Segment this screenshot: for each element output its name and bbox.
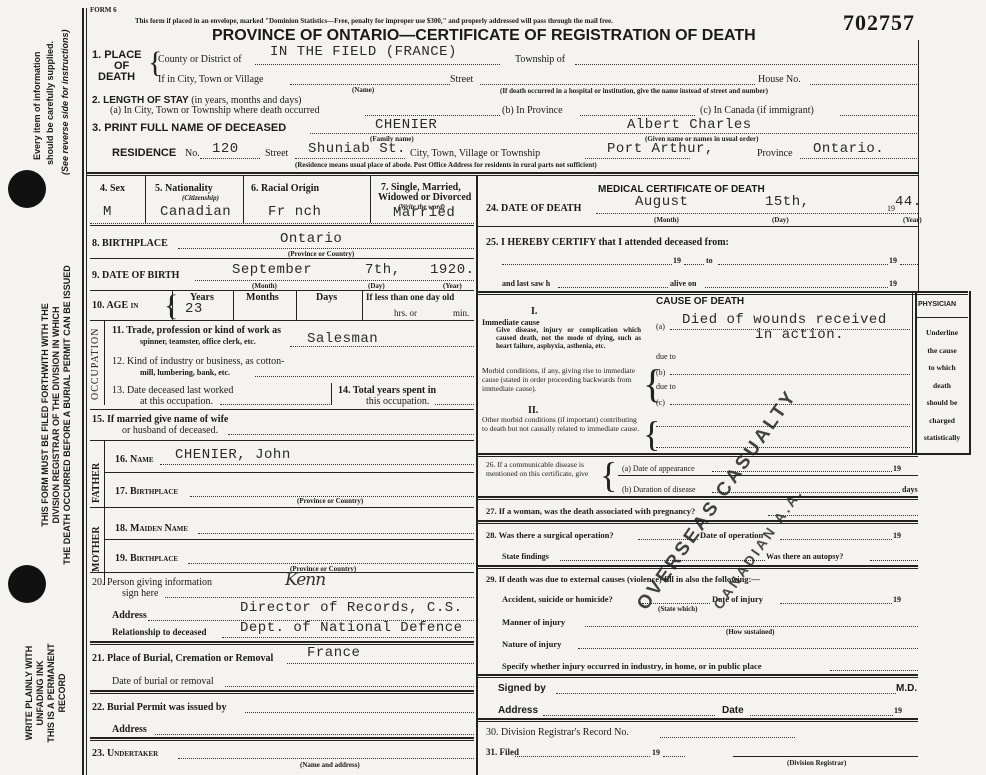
physician-date-field-line: [750, 715, 893, 716]
physician-note-line: to which: [917, 359, 967, 377]
father-side-label: FATHER: [91, 463, 102, 503]
label-line: or husband of deceased.: [92, 425, 228, 436]
father-birthplace-label: 17. Birthplace: [115, 486, 178, 497]
autopsy-field-line: [870, 560, 918, 561]
label-line: 13. Date deceased last worked: [112, 385, 233, 396]
row-divider: [478, 718, 918, 722]
age-less-label: If less than one day old: [366, 292, 454, 303]
physician-heading-divider: [915, 317, 968, 318]
margin-instruction: Every item of information: [32, 51, 42, 160]
marital-label: 7. Single, Married, Widowed or Divorced: [378, 183, 471, 203]
cell-divider: [172, 290, 173, 320]
signed-by-label: Signed by: [498, 683, 546, 694]
other-conditions-line-2: [656, 447, 910, 448]
communicable-label: 26. If a communicable disease is mention…: [486, 460, 596, 478]
division-registrar-line: [733, 756, 918, 757]
form-border-right: [918, 40, 919, 292]
mother-birthplace-field-line: [188, 563, 474, 564]
dob-day-caption: (Day): [368, 282, 385, 290]
specify-label: Specify whether injury occurred in indus…: [502, 661, 762, 672]
margin-instruction-line: (See reverse side for instructions): [60, 29, 70, 175]
operation-label: 28. Was there a surgical operation?: [486, 530, 614, 541]
industry-field-line: [255, 376, 474, 377]
cell-divider: [104, 320, 105, 405]
row-divider: [104, 472, 474, 473]
dob-field-line: [195, 280, 474, 281]
cause-a-value-1[interactable]: Died of wounds received: [682, 312, 887, 328]
total-years-field-line: [435, 404, 474, 405]
manner-label: Manner of injury: [502, 617, 565, 628]
residence-no-field-line: [200, 158, 260, 159]
row-divider: [478, 496, 918, 500]
form-border-left: [82, 8, 84, 775]
alive-on-field-line: [705, 287, 888, 288]
residence-city-label: City, Town, Village or Township: [410, 148, 540, 159]
label-line: 11. Trade, profession or kind of work as: [112, 325, 281, 336]
stay-canada-field-line: [840, 115, 917, 116]
label-text: 25. I HEREBY CERTIFY that I attended dec…: [486, 237, 729, 248]
filing-line: THE DEATH OCCURRED BEFORE A BURIAL PERMI…: [62, 230, 73, 600]
row-divider: [90, 409, 474, 410]
alive-on-label: alive on: [670, 278, 696, 289]
signed-by-field-line: [556, 693, 896, 694]
ink-line: THIS IS A PERMANENT: [46, 618, 57, 768]
age-label: 10. AGE in: [92, 300, 138, 311]
punch-hole-top: [8, 170, 46, 208]
autopsy-label: Was there an autopsy?: [766, 551, 843, 562]
nationality-label: 5. Nationality: [155, 183, 213, 194]
undertaker-field-line: [178, 758, 474, 759]
row-divider: [478, 291, 968, 295]
filing-line: DIVISION REGISTRAR OF THE DIVISION IN WH…: [51, 230, 62, 600]
death-day-caption: (Day): [772, 216, 789, 224]
md-label: M.D.: [896, 683, 917, 694]
cause-a-value-2[interactable]: in action.: [755, 327, 844, 343]
filing-line: THIS FORM MUST BE FILED FORTHWITH WITH T…: [40, 230, 51, 600]
label-line: DEATH: [92, 72, 142, 83]
street-label: Street: [450, 74, 473, 85]
manner-field-line: [585, 626, 918, 627]
cell-divider: [362, 290, 363, 320]
physician-address-label: Address: [498, 705, 538, 716]
margin-instruction: (See reverse side for instructions): [60, 29, 70, 175]
mother-birthplace-label: 19. Birthplace: [115, 553, 178, 564]
nature-field-line: [578, 648, 918, 649]
father-name-value[interactable]: CHENIER, John: [175, 447, 291, 463]
attended-to-19: 19: [889, 255, 897, 266]
nature-label: Nature of injury: [502, 639, 561, 650]
ink-line: WRITE PLAINLY WITH: [24, 618, 35, 768]
birthplace-field-line: [178, 248, 474, 249]
row-divider: [478, 453, 918, 457]
state-which-caption: (State which): [658, 605, 697, 613]
row-divider: [90, 320, 474, 321]
place-of-death-label: 1. PLACE OF DEATH: [92, 50, 142, 83]
sex-label: 4. Sex: [100, 183, 125, 194]
cause-a-label: (a): [656, 321, 665, 332]
accident-label: Accident, suicide or homicide?: [502, 594, 613, 605]
trade-value[interactable]: Salesman: [307, 331, 378, 347]
residence-city-value[interactable]: Port Arthur,: [607, 141, 714, 157]
row-divider: [478, 674, 918, 678]
physician-heading: PHYSICIAN: [918, 301, 956, 308]
row-divider: [90, 572, 474, 573]
cell-divider: [243, 175, 244, 223]
record-no-field-line: [660, 737, 795, 738]
margin-instruction: should be carefully supplied.: [45, 41, 55, 165]
city-label: If in City, Town or Village: [158, 74, 263, 85]
filed-19: 19: [652, 747, 660, 758]
label-text: 11. Trade, profession or kind of work as: [112, 325, 281, 336]
age-hrs-label: hrs. or: [394, 308, 417, 319]
row-divider: [90, 258, 474, 259]
county-label: County or District of: [158, 54, 242, 65]
findings-label: State findings: [502, 551, 549, 562]
row-divider: [478, 226, 918, 227]
division-registrar-caption: (Division Registrar): [787, 759, 846, 767]
cell-divider: [145, 175, 146, 223]
residence-no-label: No.: [185, 148, 200, 159]
township-label: Township of: [515, 54, 565, 65]
death-year-prefix: 19: [887, 203, 895, 214]
date-of-death-field-line: [596, 213, 918, 214]
physician-date-label: Date: [722, 705, 744, 716]
label-text: 15. If married give name of wife: [92, 414, 228, 425]
informant-address-label: Address: [112, 610, 147, 621]
other-conditions-label: Other morbid conditions (if important) c…: [482, 415, 642, 433]
father-birthplace-caption: (Province or Country): [297, 497, 363, 505]
dob-year-caption: (Year): [443, 282, 462, 290]
stay-city-label: (a) In City, Town or Township where deat…: [110, 105, 319, 116]
father-name-field-line: [160, 464, 474, 465]
attended-from-year-line: [684, 264, 704, 265]
physician-date-19: 19: [894, 705, 902, 716]
mail-notice: This form if placed in an envelope, mark…: [135, 17, 613, 25]
duration-days: days: [902, 484, 918, 495]
dob-month-value[interactable]: September: [232, 262, 312, 278]
burial-place-value[interactable]: France: [307, 645, 360, 661]
age-days-label: Days: [316, 292, 337, 303]
ink-line: UNFADING INK: [35, 618, 46, 768]
physician-divider: [912, 291, 913, 455]
age-years-value[interactable]: 23: [185, 301, 203, 317]
form-number: FORM 6: [90, 6, 117, 14]
burial-permit-address-label: Address: [112, 724, 147, 735]
row-divider: [104, 539, 474, 540]
row-divider: [90, 641, 474, 645]
pregnancy-label: 27. If a woman, was the death associated…: [486, 506, 695, 517]
full-name-label: 3. PRINT FULL NAME OF DECEASED: [92, 123, 286, 134]
residence-province-field-line: [800, 158, 917, 159]
city-field-line: [290, 84, 450, 85]
injury-19: 19: [893, 594, 901, 605]
cause-heading: CAUSE OF DEATH: [656, 296, 744, 307]
row-divider: [90, 507, 474, 508]
cause-b-label: (b): [656, 367, 665, 378]
mother-side-label: MOTHER: [91, 526, 102, 572]
appearance-19: 19: [893, 463, 901, 474]
margin-instruction-line: Every item of information: [32, 51, 42, 160]
burial-permit-label: 22. Burial Permit was issued by: [92, 702, 226, 713]
attended-to-label: to: [706, 255, 713, 266]
cell-divider: [233, 290, 234, 320]
marital-value[interactable]: Married: [393, 205, 455, 221]
last-worked-label: 13. Date deceased last worked at this oc…: [112, 385, 233, 407]
row-divider: [90, 440, 474, 441]
spouse-field-line: [228, 434, 474, 435]
residence-street-label: Street: [265, 148, 288, 159]
how-sustained-caption: (How sustained): [726, 628, 774, 636]
burial-date-field-line: [225, 686, 474, 687]
hospital-caption: (If death occurred in a hospital or inst…: [500, 87, 768, 95]
label-line: 12. Kind of industry or business, as cot…: [112, 356, 285, 367]
stay-canada-label: (c) In Canada (if immigrant): [700, 105, 814, 116]
cell-divider: [331, 383, 332, 405]
certify-label: 25. I HEREBY CERTIFY that I attended dec…: [486, 237, 729, 248]
spouse-label: 15. If married give name of wife or husb…: [92, 414, 228, 436]
stay-province-label: (b) In Province: [502, 105, 563, 116]
house-no-label: House No.: [758, 74, 801, 85]
physician-note-line: charged: [917, 412, 967, 430]
column-divider: [476, 175, 478, 775]
registration-number: 702757: [843, 10, 915, 36]
racial-origin-value[interactable]: Fr nch: [268, 204, 321, 220]
stay-province-field-line: [580, 115, 695, 116]
informant-address-value[interactable]: Director of Records, C.S.: [240, 600, 463, 616]
sex-value[interactable]: M: [103, 204, 112, 220]
cause-c-label: (c): [656, 397, 665, 408]
row-divider: [90, 225, 474, 226]
informant-signature[interactable]: Kenn: [285, 570, 325, 590]
physician-note-line: the cause: [917, 342, 967, 360]
ink-line: RECORD: [57, 618, 68, 768]
immediate-cause-help: Give disease, injury or complication whi…: [496, 326, 641, 350]
occupation-label-text: OCCUPATION: [90, 328, 101, 400]
residence-province-value[interactable]: Ontario.: [813, 141, 884, 157]
injury-date-field-line: [780, 603, 892, 604]
death-month-caption: (Month): [654, 216, 679, 224]
page-title: PROVINCE OF ONTARIO—CERTIFICATE OF REGIS…: [212, 27, 756, 45]
father-label-text: FATHER: [91, 463, 102, 503]
burial-place-label: 21. Place of Burial, Cremation or Remova…: [92, 653, 273, 664]
brace-icon: {: [600, 457, 617, 493]
mother-label-text: MOTHER: [91, 526, 102, 572]
trade-label: 11. Trade, profession or kind of work as…: [112, 325, 281, 347]
death-month-value[interactable]: August: [635, 194, 688, 210]
relationship-label: Relationship to deceased: [112, 627, 207, 638]
occupation-side-label: OCCUPATION: [90, 328, 101, 400]
last-worked-field-line: [220, 404, 330, 405]
total-years-label: 14. Total years spent in this occupation…: [338, 385, 436, 407]
residence-city-field-line: [585, 158, 690, 159]
residence-street-field-line: [295, 158, 405, 159]
last-saw-field-line: [558, 287, 668, 288]
undertaker-label: 23. Undertaker: [92, 748, 158, 759]
township-field-line: [575, 64, 917, 65]
family-name-value[interactable]: CHENIER: [375, 117, 437, 133]
nationality-value[interactable]: Canadian: [160, 204, 231, 220]
burial-place-field-line: [287, 663, 474, 664]
row-divider: [90, 690, 474, 694]
morbid-conditions-label: Morbid conditions, if any, giving rise t…: [482, 366, 642, 393]
form-border-left-inner: [86, 8, 87, 775]
filed-year-line: [663, 756, 685, 757]
physician-note-line: statistically: [917, 429, 967, 447]
county-value[interactable]: IN THE FIELD (FRANCE): [270, 44, 457, 60]
label-text: 21. Place of Burial, Cremation or Remova…: [92, 653, 273, 664]
label-text: 22. Burial Permit was issued by: [92, 702, 226, 713]
row-divider: [90, 737, 474, 741]
burial-permit-address-field-line: [155, 734, 474, 735]
age-min-label: min.: [453, 308, 469, 319]
relationship-value[interactable]: Dept. of National Defence: [240, 620, 463, 636]
filed-field-line: [515, 756, 650, 757]
date-of-birth-label: 9. DATE OF BIRTH: [92, 270, 179, 281]
record-no-label: 30. Division Registrar's Record No.: [486, 727, 629, 738]
racial-origin-label: 6. Racial Origin: [251, 183, 319, 194]
cause-b-field-line: [670, 374, 910, 375]
undertaker-caption: (Name and address): [300, 761, 360, 769]
physician-note: Underline the cause to which death shoul…: [917, 324, 967, 447]
residence-label: RESIDENCE: [112, 148, 176, 159]
residence-no-value[interactable]: 120: [212, 141, 239, 157]
birthplace-label: 8. BIRTHPLACE: [92, 238, 168, 249]
cell-divider: [296, 290, 297, 320]
stay-city-field-line: [365, 115, 500, 116]
header-divider: [86, 172, 918, 176]
row-divider: [90, 223, 474, 224]
label-line: 15. If married give name of wife: [92, 414, 228, 425]
external-causes-label: 29. If death was due to external causes …: [486, 574, 760, 585]
industry-label: 12. Kind of industry or business, as cot…: [112, 356, 285, 378]
dob-day-value[interactable]: 7th,: [365, 262, 401, 278]
birthplace-caption: (Province or Country): [288, 250, 354, 258]
birthplace-value[interactable]: Ontario: [280, 231, 342, 247]
name-caption: (Name): [352, 86, 374, 94]
mother-maiden-name-field-line: [198, 533, 474, 534]
physician-note-line: death: [917, 377, 967, 395]
age-months-label: Months: [246, 292, 279, 303]
residence-province-label: Province: [757, 148, 793, 159]
mother-maiden-name-label: 18. Maiden Name: [115, 523, 188, 534]
attended-to-year-line: [900, 264, 918, 265]
relationship-field-line: [222, 637, 474, 638]
label-line: Widowed or Divorced: [378, 193, 471, 203]
residence-caption: (Residence means usual place of abode. P…: [295, 161, 597, 169]
row-divider: [90, 290, 474, 291]
margin-filing-notice: THIS FORM MUST BE FILED FORTHWITH WITH T…: [40, 230, 73, 600]
physician-address-field-line: [543, 715, 715, 716]
dob-year-value[interactable]: 1920.: [430, 262, 475, 278]
label-line: 20. Person giving information: [92, 577, 212, 588]
duration-label: (b) Duration of disease: [622, 484, 696, 495]
street-field-line: [480, 84, 755, 85]
given-names-value[interactable]: Albert Charles: [627, 117, 752, 133]
label-line: at this occupation.: [112, 396, 233, 407]
specify-field-line: [830, 670, 918, 671]
informant-signature-line: [165, 597, 474, 598]
house-no-field-line: [810, 84, 917, 85]
roman-one: I.: [531, 306, 537, 317]
label-line: 14. Total years spent in: [338, 385, 436, 396]
attended-to-field-line: [718, 264, 888, 265]
attended-from-19: 19: [673, 255, 681, 266]
cell-divider: [370, 175, 371, 223]
nationality-sublabel: (Citizenship): [182, 194, 219, 202]
other-conditions-line-1: [656, 426, 910, 427]
margin-instruction-line: should be carefully supplied.: [45, 41, 55, 165]
margin-ink-notice: WRITE PLAINLY WITH UNFADING INK THIS IS …: [24, 618, 68, 768]
label-line: this occupation.: [338, 396, 436, 407]
burial-date-label: Date of burial or removal: [112, 676, 214, 687]
row-divider: [478, 565, 918, 569]
alive-on-19: 19: [889, 278, 897, 289]
attended-from-field-line: [502, 264, 672, 265]
last-saw-label: and last saw h: [502, 278, 550, 289]
county-field-line: [255, 64, 500, 65]
label-line: spinner, teamster, office clerk, etc.: [112, 336, 281, 347]
physician-note-line: should be: [917, 394, 967, 412]
death-day-value[interactable]: 15th,: [765, 194, 810, 210]
operation-date-field-line: [780, 539, 892, 540]
burial-permit-field-line: [245, 712, 474, 713]
row-divider: [618, 475, 918, 476]
residence-street-value[interactable]: Shuniab St.: [308, 141, 406, 157]
full-name-field-line: [310, 133, 917, 134]
due-to-2: due to: [656, 381, 676, 392]
physician-note-line: Underline: [917, 324, 967, 342]
label-text: 30. Division Registrar's Record No.: [486, 727, 629, 738]
dob-month-caption: (Month): [252, 282, 277, 290]
cell-divider: [104, 440, 105, 585]
informant-label: 20. Person giving information sign here: [92, 577, 212, 599]
date-of-death-label: 24. DATE OF DEATH: [486, 203, 581, 214]
appearance-label: (a) Date of appearance: [622, 463, 695, 474]
operation-19: 19: [893, 530, 901, 541]
father-name-label: 16. Name: [115, 454, 154, 465]
